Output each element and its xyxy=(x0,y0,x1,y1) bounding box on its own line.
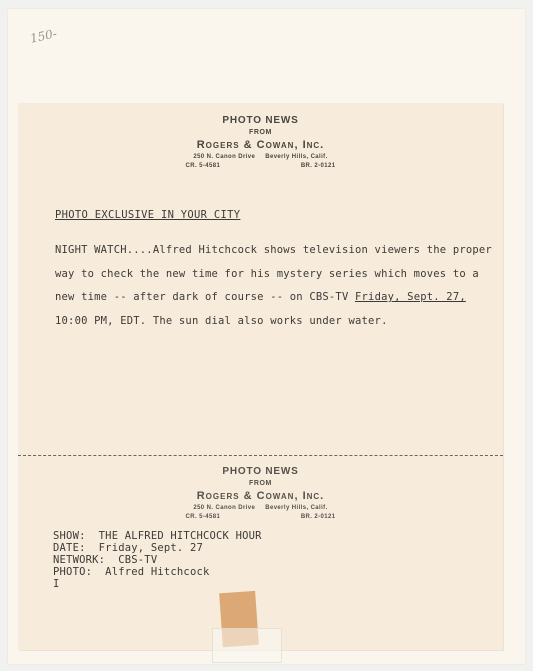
press-release-slip: PHOTO NEWS FROM Rogers & Cowan, Inc. 250… xyxy=(18,103,503,650)
release-body: NIGHT WATCH....Alfred Hitchcock shows te… xyxy=(55,239,495,333)
letterhead-phone-row: CR. 5-4581 BR. 2-0121 xyxy=(186,163,336,169)
letterhead-address: 250 N. Canon Drive xyxy=(193,154,255,160)
letterhead-phone-row: CR. 5-4581 BR. 2-0121 xyxy=(186,514,336,520)
caption-line-date: DATE: Friday, Sept. 27 xyxy=(53,542,262,554)
letterhead-phone-right: BR. 2-0121 xyxy=(301,514,336,520)
letterhead-from: FROM xyxy=(18,129,503,136)
letterhead-company: Rogers & Cowan, Inc. xyxy=(18,139,503,151)
letterhead-title: PHOTO NEWS xyxy=(18,115,503,126)
clear-tape xyxy=(212,628,282,663)
letterhead-city: Beverly Hills, Calif. xyxy=(265,154,327,160)
letterhead-company: Rogers & Cowan, Inc. xyxy=(18,490,503,502)
letterhead-phone-left: CR. 5-4581 xyxy=(186,163,221,169)
release-headline: PHOTO EXCLUSIVE IN YOUR CITY xyxy=(55,209,240,221)
letterhead-address-row: 250 N. Canon Drive Beverly Hills, Calif. xyxy=(18,505,503,511)
caption-line-mark: I xyxy=(53,578,262,590)
photo-caption: SHOW: THE ALFRED HITCHCOCK HOURDATE: Fri… xyxy=(53,530,262,590)
handwritten-note: 150- xyxy=(29,26,58,45)
letterhead-address-row: 250 N. Canon Drive Beverly Hills, Calif. xyxy=(18,154,503,160)
letterhead-bottom: PHOTO NEWS FROM Rogers & Cowan, Inc. 250… xyxy=(18,466,503,520)
perforation-divider xyxy=(18,455,503,456)
letterhead-phone-left: CR. 5-4581 xyxy=(186,514,221,520)
letterhead-address: 250 N. Canon Drive xyxy=(193,505,255,511)
letterhead-phone-right: BR. 2-0121 xyxy=(301,163,336,169)
caption-line-photo: PHOTO: Alfred Hitchcock xyxy=(53,566,262,578)
body-text-after: 10:00 PM, EDT. The sun dial also works u… xyxy=(55,315,388,327)
letterhead-from: FROM xyxy=(18,480,503,487)
body-date-underlined: Friday, Sept. 27, xyxy=(355,291,466,303)
letterhead-city: Beverly Hills, Calif. xyxy=(265,505,327,511)
caption-line-network: NETWORK: CBS-TV xyxy=(53,554,262,566)
letterhead-title: PHOTO NEWS xyxy=(18,466,503,477)
letterhead-top: PHOTO NEWS FROM Rogers & Cowan, Inc. 250… xyxy=(18,115,503,169)
caption-line-show: SHOW: THE ALFRED HITCHCOCK HOUR xyxy=(53,530,262,542)
